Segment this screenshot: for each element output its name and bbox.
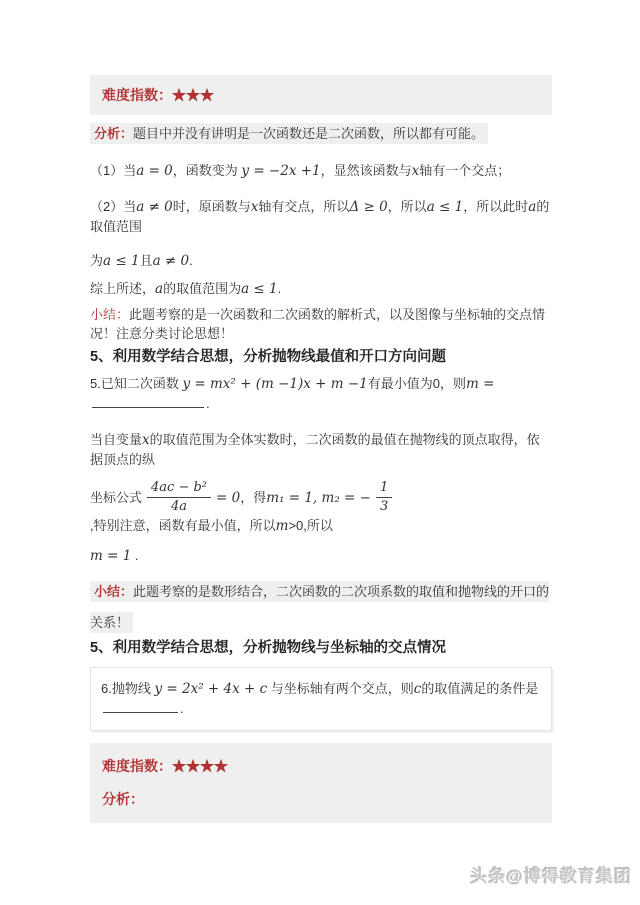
analysis-label-1: 分析： xyxy=(94,126,133,141)
case1-paragraph: （1）当a = 0，函数变为 y = −2x +1，显然该函数与x轴有一个交点； xyxy=(90,161,552,181)
case2-text-4: ，所以此时 xyxy=(463,199,528,214)
difficulty-block-2: 难度指数：★★★★ 分析： xyxy=(90,743,552,823)
conclusion-math-0: a xyxy=(155,281,163,297)
case1-text-3: 轴有一个交点； xyxy=(419,163,510,178)
formula-math-1: m₁ = 1, m₂ = − xyxy=(266,488,371,508)
summary-body-2: 此题考察的是数形结合，二次函数的二次项系数的取值和抛物线的开口的关系！ xyxy=(90,584,549,630)
vertex-fraction-numerator: 4ac − b² xyxy=(147,480,211,498)
q6-math-0: y = 2x² + 4x + c xyxy=(154,681,267,697)
question5-paragraph: 5.已知二次函数 y = mx² + (m −1)x + m −1有最小值为0，… xyxy=(90,374,552,414)
conclusion-text-1: 的取值范围为 xyxy=(163,281,241,296)
difficulty-rating-1: 难度指数：★★★ xyxy=(102,87,214,103)
case2-paragraph: （2）当a ≠ 0时，原函数与x轴有交点，所以Δ ≥ 0，所以a ≤ 1，所以此… xyxy=(90,197,552,237)
one-third-denominator: 3 xyxy=(376,498,392,515)
question6-box: 6.抛物线 y = 2x² + 4x + c 与坐标轴有两个交点，则c的取值满足… xyxy=(90,667,552,731)
one-third-numerator: 1 xyxy=(376,480,392,498)
one-third-fraction: 13 xyxy=(376,480,392,516)
q6-text-0: 6.抛物线 xyxy=(101,681,154,696)
domain-text-1: 的取值范围为全体实数时，二次函数的最值在抛物线的顶点取得，依据顶点的纵 xyxy=(90,432,540,467)
conclusion-text-2: . xyxy=(278,281,282,296)
formula-math-2: m xyxy=(276,516,289,536)
case2-math-3: a ≤ 1 xyxy=(427,199,464,215)
case1-math-0: a = 0 xyxy=(136,163,173,179)
q5-math-0: y = mx² + (m −1)x + m −1 xyxy=(182,376,367,392)
case1-text-2: ，显然该函数与 xyxy=(321,163,412,178)
vertex-fraction-denominator: 4a xyxy=(147,498,211,515)
analysis-body-1: 题目中并没有讲明是一次函数还是二次函数，所以都有可能。 xyxy=(133,126,484,141)
domain-text-0: 当自变量 xyxy=(90,432,142,447)
section-heading-2: 5、利用数学结合思想，分析抛物线与坐标轴的交点情况 xyxy=(90,638,552,659)
formula-text-3: >0,所以 xyxy=(288,516,332,536)
case2b-text-0: 为 xyxy=(90,253,103,268)
case2-text-3: ，所以 xyxy=(388,199,427,214)
section-heading-1: 5、利用数学结合思想，分析抛物线最值和开口方向问题 xyxy=(90,347,552,368)
case2-text-2: 轴有交点，所以 xyxy=(258,199,349,214)
case2-continuation-paragraph: 为a ≤ 1且a ≠ 0. xyxy=(90,251,552,271)
case1-text-1: ，函数变为 xyxy=(173,163,242,178)
q5-answer-blank xyxy=(92,394,204,408)
watermark: 头条@博得教育集团 xyxy=(470,862,632,887)
question6-paragraph: 6.抛物线 y = 2x² + 4x + c 与坐标轴有两个交点，则c的取值满足… xyxy=(101,679,541,719)
summary-paragraph-1: 小结：此题考察的是一次函数和二次函数的解析式，以及图像与坐标轴的交点情况！注意分… xyxy=(90,305,552,343)
analysis-paragraph-1: 分析：题目中并没有讲明是一次函数还是二次函数，所以都有可能。 xyxy=(90,123,552,144)
case2b-math-1: a ≠ 0 xyxy=(153,253,190,269)
summary-label-2: 小结： xyxy=(94,584,133,599)
result-math-0: m = 1 xyxy=(90,548,131,564)
vertex-formula-paragraph: 坐标公式4ac − b²4a= 0，得m₁ = 1, m₂ = −13,特别注意… xyxy=(90,480,552,536)
conclusion-math-1: a ≤ 1 xyxy=(241,281,278,297)
conclusion-text-0: 综上所述， xyxy=(90,281,155,296)
case2b-text-2: . xyxy=(189,253,193,268)
case1-math-1: y = −2x +1 xyxy=(241,163,320,179)
result-text-0: . xyxy=(131,548,138,563)
difficulty-rating-2: 难度指数：★★★★ xyxy=(102,756,540,776)
q6-text-2: 的取值满足的条件是 xyxy=(421,681,538,696)
formula-text-2: ,特别注意，函数有最小值，所以 xyxy=(90,516,276,536)
document-content: 难度指数：★★★ 分析：题目中并没有讲明是一次函数还是二次函数，所以都有可能。 … xyxy=(90,75,552,823)
case1-text-0: （1）当 xyxy=(90,163,136,178)
q6-text-1: 与坐标轴有两个交点，则 xyxy=(267,681,414,696)
q6-text-3: . xyxy=(180,701,184,716)
formula-text-1: ，得 xyxy=(240,488,266,508)
summary-label-1: 小结： xyxy=(90,307,129,322)
case2-text-1: 时，原函数与 xyxy=(173,199,251,214)
difficulty-bar-1: 难度指数：★★★ xyxy=(90,75,552,115)
analysis-label-2: 分析： xyxy=(102,789,540,809)
formula-math-0: = 0 xyxy=(216,488,240,508)
case2-math-0: a ≠ 0 xyxy=(136,199,173,215)
conclusion-paragraph: 综上所述，a的取值范围为a ≤ 1. xyxy=(90,279,552,299)
q5-math-1: m = xyxy=(466,376,494,392)
q6-answer-blank xyxy=(103,699,178,713)
result-paragraph: m = 1 . xyxy=(90,546,552,566)
q5-text-2: . xyxy=(206,396,210,411)
q5-text-0: 5.已知二次函数 xyxy=(90,376,182,391)
case2-math-2: Δ ≥ 0 xyxy=(349,199,387,215)
analysis-highlight-1: 分析：题目中并没有讲明是一次函数还是二次函数，所以都有可能。 xyxy=(90,123,488,144)
vertex-fraction: 4ac − b²4a xyxy=(147,480,211,516)
summary-highlight-2: 小结：此题考察的是数形结合，二次函数的二次项系数的取值和抛物线的开口的关系！ xyxy=(90,581,549,633)
q5-text-1: 有最小值为0，则 xyxy=(368,376,466,391)
case2b-text-1: 且 xyxy=(140,253,153,268)
summary-body-1: 此题考察的是一次函数和二次函数的解析式，以及图像与坐标轴的交点情况！注意分类讨论… xyxy=(90,307,545,341)
formula-text-0: 坐标公式 xyxy=(90,488,142,508)
summary-paragraph-2: 小结：此题考察的是数形结合，二次函数的二次项系数的取值和抛物线的开口的关系！ xyxy=(90,576,552,638)
case2-text-0: （2）当 xyxy=(90,199,136,214)
domain-explanation-paragraph: 当自变量x的取值范围为全体实数时，二次函数的最值在抛物线的顶点取得，依据顶点的纵 xyxy=(90,430,552,470)
domain-math-0: x xyxy=(142,432,150,448)
case2b-math-0: a ≤ 1 xyxy=(103,253,140,269)
